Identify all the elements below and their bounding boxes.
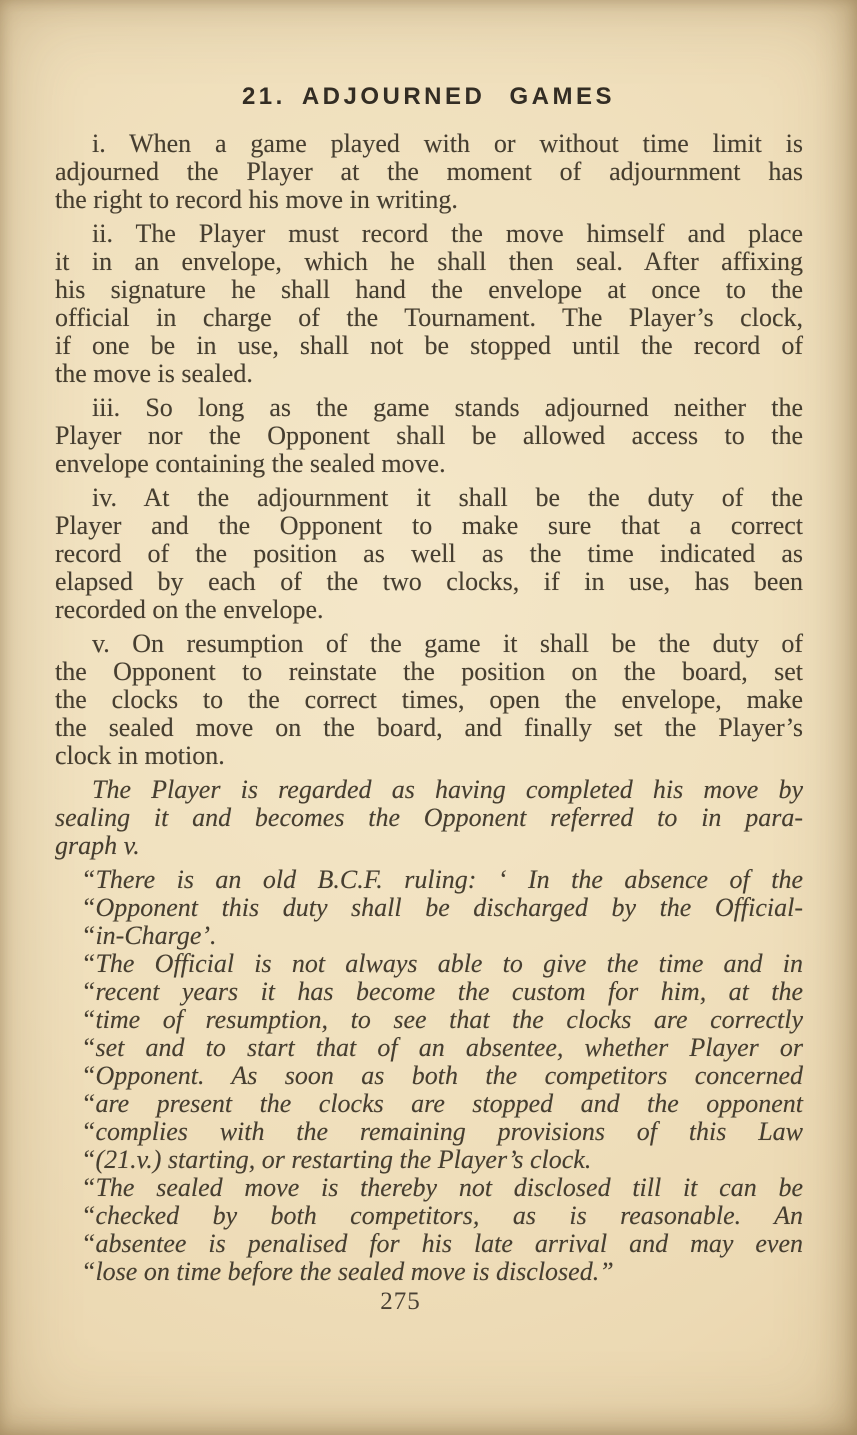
- text-line: clock in motion.: [55, 742, 803, 770]
- law-paragraph-i: i. When a game played with or without ti…: [55, 130, 803, 214]
- section-title: ADJOURNED GAMES: [302, 83, 615, 110]
- text-line: graph v.: [55, 832, 803, 860]
- law-paragraph-iv: iv. At the adjournment it shall be the d…: [55, 484, 803, 624]
- text-line: “Opponent this duty shall be discharged …: [81, 894, 803, 922]
- text-line: iii. So long as the game stands adjourne…: [55, 394, 803, 422]
- text-line: record of the position as well as the ti…: [55, 540, 803, 568]
- text-line: i. When a game played with or without ti…: [55, 130, 803, 158]
- text-line: recorded on the envelope.: [55, 596, 803, 624]
- text-line: ii. The Player must record the move hims…: [55, 220, 803, 248]
- text-line: sealing it and becomes the Opponent refe…: [55, 804, 803, 832]
- text-line: “lose on time before the sealed move is …: [81, 1258, 803, 1286]
- text-line: “checked by both competitors, as is reas…: [81, 1202, 803, 1230]
- text-line: “in-Charge’.: [81, 922, 803, 950]
- text-line: the Opponent to reinstate the position o…: [55, 658, 803, 686]
- book-page: 21.ADJOURNED GAMES i. When a game played…: [0, 0, 857, 1435]
- text-line: “are present the clocks are stopped and …: [81, 1090, 803, 1118]
- law-paragraph-iii: iii. So long as the game stands adjourne…: [55, 394, 803, 478]
- text-line: “Opponent. As soon as both the competito…: [81, 1062, 803, 1090]
- text-line: “The Official is not always able to give…: [81, 950, 803, 978]
- text-line: envelope containing the sealed move.: [55, 450, 803, 478]
- text-line: the clocks to the correct times, open th…: [55, 686, 803, 714]
- text-line: official in charge of the Tournament. Th…: [55, 304, 803, 332]
- section-heading: 21.ADJOURNED GAMES: [0, 83, 857, 111]
- text-line: the sealed move on the board, and finall…: [55, 714, 803, 742]
- text-line: “complies with the remaining provisions …: [81, 1118, 803, 1146]
- text-line: the move is sealed.: [55, 360, 803, 388]
- text-line: “There is an old B.C.F. ruling: ‘ In the…: [81, 866, 803, 894]
- text-line: “(21.v.) starting, or restarting the Pla…: [81, 1146, 803, 1174]
- text-line: elapsed by each of the two clocks, if in…: [55, 568, 803, 596]
- section-number: 21.: [242, 83, 286, 110]
- text-line: v. On resumption of the game it shall be…: [55, 630, 803, 658]
- quoted-ruling-block: “There is an old B.C.F. ruling: ‘ In the…: [55, 866, 803, 1286]
- text-line: Player and the Opponent to make sure tha…: [55, 512, 803, 540]
- text-line: the right to record his move in writing.: [55, 186, 803, 214]
- text-line: iv. At the adjournment it shall be the d…: [55, 484, 803, 512]
- text-line: it in an envelope, which he shall then s…: [55, 248, 803, 276]
- text-line: Player nor the Opponent shall be allowed…: [55, 422, 803, 450]
- text-line: if one be in use, shall not be stopped u…: [55, 332, 803, 360]
- commentary-paragraph: The Player is regarded as having complet…: [55, 776, 803, 860]
- text-line: “recent years it has become the custom f…: [81, 978, 803, 1006]
- law-paragraph-v: v. On resumption of the game it shall be…: [55, 630, 803, 770]
- text-line: “The sealed move is thereby not disclose…: [81, 1174, 803, 1202]
- text-line: The Player is regarded as having complet…: [55, 776, 803, 804]
- text-line: adjourned the Player at the moment of ad…: [55, 158, 803, 186]
- page-number: 275: [0, 1288, 801, 1316]
- text-line: “absentee is penalised for his late arri…: [81, 1230, 803, 1258]
- text-line: “set and to start that of an absentee, w…: [81, 1034, 803, 1062]
- text-line: his signature he shall hand the envelope…: [55, 276, 803, 304]
- text-column: i. When a game played with or without ti…: [55, 130, 803, 1292]
- law-paragraph-ii: ii. The Player must record the move hims…: [55, 220, 803, 388]
- text-line: “time of resumption, to see that the clo…: [81, 1006, 803, 1034]
